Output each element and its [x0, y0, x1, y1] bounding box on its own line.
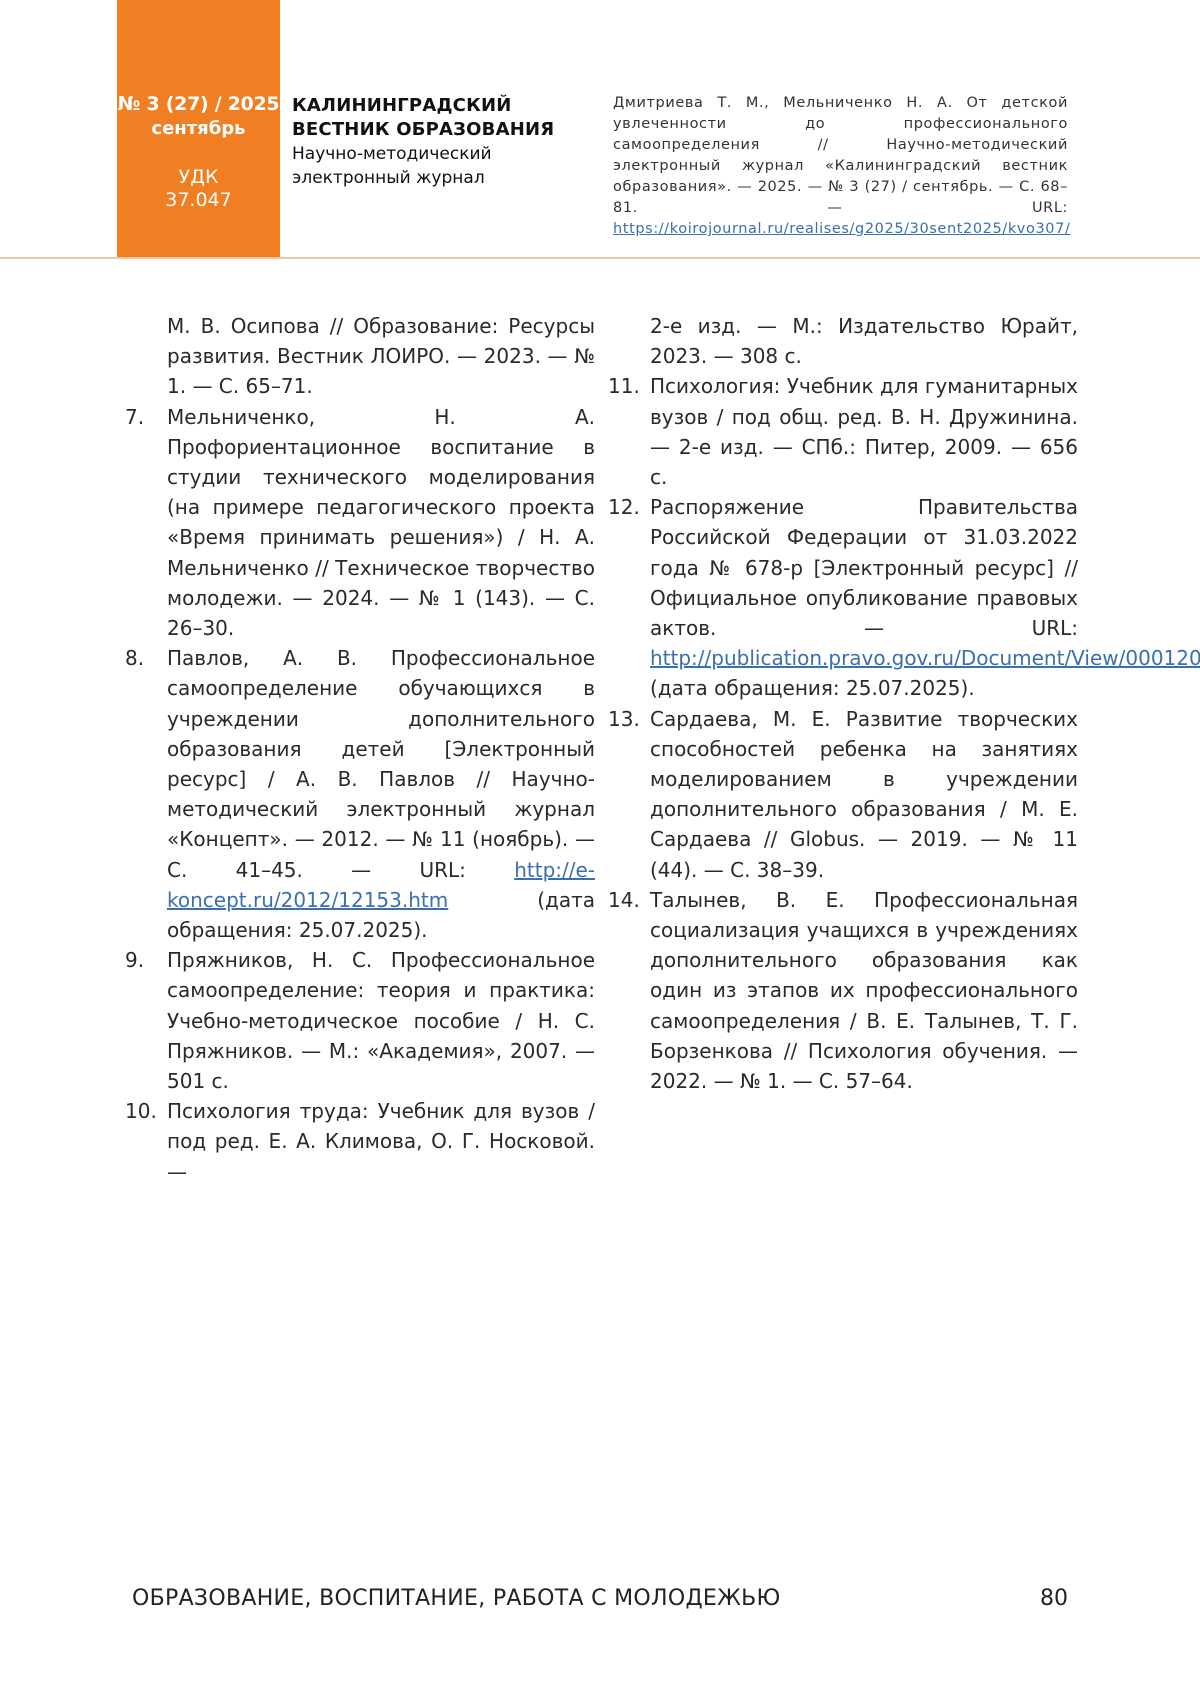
- journal-title: КАЛИНИНГРАДСКИЙ ВЕСТНИК ОБРАЗОВАНИЯ Науч…: [292, 94, 572, 190]
- reference-item: 9.Пряжников, Н. С. Профессиональное само…: [125, 945, 595, 1096]
- reference-item: 14.Талынев, В. Е. Профессиональная социа…: [608, 885, 1078, 1096]
- references-right-column: 2-е изд. — М.: Издательство Юрайт, 2023.…: [608, 311, 1078, 1096]
- reference-item: 2-е изд. — М.: Издательство Юрайт, 2023.…: [608, 311, 1078, 371]
- reference-item: М. В. Осипова // Образование: Ресурсы ра…: [125, 311, 595, 402]
- reference-text: 2-е изд. — М.: Издательство Юрайт, 2023.…: [650, 314, 1078, 368]
- citation-text: Дмитриева Т. М., Мельниченко Н. А. От де…: [613, 95, 1068, 216]
- header-divider: [0, 257, 1200, 259]
- reference-item: 7.Мельниченко, Н. А. Профориентационное …: [125, 402, 595, 644]
- reference-number: 13.: [608, 704, 640, 734]
- citation-url-link[interactable]: https://koirojournal.ru/realises/g2025/3…: [613, 221, 1070, 237]
- udk-label: УДК: [117, 166, 280, 188]
- footer-section-title: ОБРАЗОВАНИЕ, ВОСПИТАНИЕ, РАБОТА С МОЛОДЕ…: [132, 1586, 781, 1611]
- page-number: 80: [1040, 1586, 1068, 1611]
- issue-month: сентябрь: [117, 118, 280, 139]
- journal-name-line1: КАЛИНИНГРАДСКИЙ: [292, 94, 572, 118]
- journal-subtitle-line2: электронный журнал: [292, 166, 572, 190]
- reference-item: 12.Распоряжение Правительства Российской…: [608, 492, 1078, 703]
- reference-text: Психология: Учебник для гуманитарных вуз…: [650, 374, 1078, 489]
- reference-url-link[interactable]: http://publication.pravo.gov.ru/Document…: [650, 646, 1200, 670]
- journal-name-line2: ВЕСТНИК ОБРАЗОВАНИЯ: [292, 118, 572, 142]
- reference-number: 9.: [125, 945, 144, 975]
- reference-item: 11.Психология: Учебник для гуманитарных …: [608, 371, 1078, 492]
- journal-subtitle-line1: Научно-методический: [292, 142, 572, 166]
- reference-item: 8.Павлов, А. В. Профессиональное самоопр…: [125, 643, 595, 945]
- reference-text: Пряжников, Н. С. Профессиональное самооп…: [167, 948, 595, 1093]
- reference-number: 10.: [125, 1096, 157, 1126]
- reference-number: 12.: [608, 492, 640, 522]
- issue-number: № 3 (27) / 2025: [117, 93, 280, 115]
- references-left-column: М. В. Осипова // Образование: Ресурсы ра…: [125, 311, 595, 1187]
- article-citation: Дмитриева Т. М., Мельниченко Н. А. От де…: [613, 93, 1068, 240]
- reference-item: 10.Психология труда: Учебник для вузов /…: [125, 1096, 595, 1187]
- reference-number: 14.: [608, 885, 640, 915]
- issue-info-block: № 3 (27) / 2025 сентябрь УДК 37.047: [117, 0, 280, 258]
- reference-access-date: (дата обращения: 25.07.2025).: [650, 676, 975, 700]
- reference-text: Психология труда: Учебник для вузов / по…: [167, 1099, 595, 1183]
- reference-number: 7.: [125, 402, 144, 432]
- reference-text: Сардаева, М. Е. Развитие творческих спос…: [650, 707, 1078, 882]
- reference-text: Талынев, В. Е. Профессиональная социализ…: [650, 888, 1078, 1093]
- reference-text: М. В. Осипова // Образование: Ресурсы ра…: [167, 314, 595, 398]
- udk-number: 37.047: [117, 189, 280, 211]
- reference-text: Павлов, А. В. Профессиональное самоопред…: [167, 646, 595, 881]
- reference-item: 13.Сардаева, М. Е. Развитие творческих с…: [608, 704, 1078, 885]
- reference-text: Мельниченко, Н. А. Профориентационное во…: [167, 405, 595, 640]
- reference-text: Распоряжение Правительства Российской Фе…: [650, 495, 1078, 640]
- reference-number: 11.: [608, 371, 640, 401]
- reference-number: 8.: [125, 643, 144, 673]
